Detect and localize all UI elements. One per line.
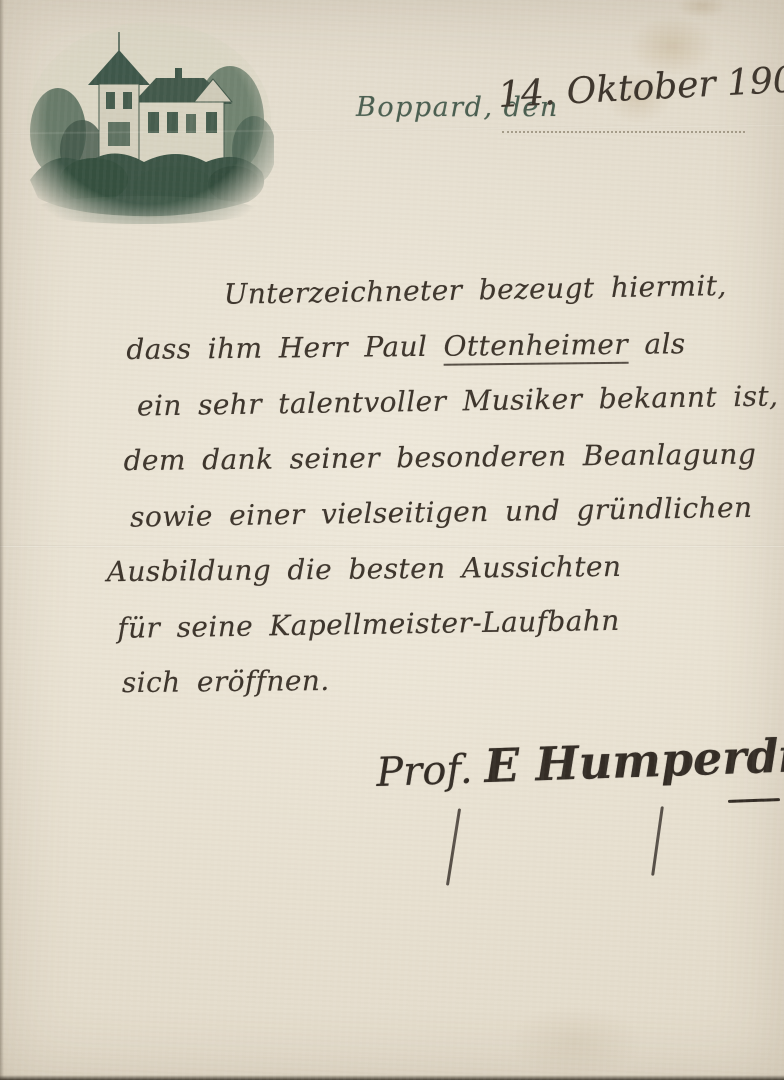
underlined-name: Ottenheimer <box>443 327 628 365</box>
villa-engraving-image <box>24 18 274 234</box>
letter-body: Unterzeichneter bezeugt hiermit, dass ih… <box>96 271 741 722</box>
date-value: 14. Oktober 1900 <box>497 61 769 116</box>
letter-line: dass ihm Herr Paul Ottenheimer als <box>126 326 737 388</box>
line-text: sich eröffnen. <box>122 663 330 698</box>
villa-engraving-icon <box>24 18 274 230</box>
letter-page: Boppard, den 14. Oktober 1900 Unterzeich… <box>0 0 784 1080</box>
line-text: als <box>628 327 686 361</box>
signature-descender-stroke <box>651 806 664 876</box>
line-text: dass ihm Herr Paul <box>126 329 443 365</box>
line-text: für seine Kapellmeister-Laufbahn <box>117 604 620 645</box>
letter-line: sowie einer vielseitigen und gründlichen <box>130 491 739 556</box>
paper-edge <box>0 0 4 1080</box>
line-text: Unterzeichneter bezeugt hiermit, <box>224 269 727 311</box>
letter-line: dem dank seiner besonderen Beanlagung <box>123 437 738 499</box>
letter-line: Ausbildung die besten Aussichten <box>107 548 740 610</box>
letter-line: Unterzeichneter bezeugt hiermit, <box>224 269 737 333</box>
signature-descender-stroke <box>446 808 461 886</box>
letter-line: sich eröffnen. <box>122 659 741 721</box>
letter-line: für seine Kapellmeister-Laufbahn <box>117 602 740 667</box>
paper-edge <box>0 1075 784 1080</box>
letter-line: ein sehr talentvoller Musiker bekannt is… <box>137 380 738 445</box>
signature-name: E Humperdinck <box>483 725 784 793</box>
date-dotted-line <box>502 131 745 133</box>
signature: Prof.E Humperdinck <box>375 725 784 797</box>
signature-flourish-line <box>728 798 780 803</box>
signature-prefix: Prof. <box>375 747 473 796</box>
